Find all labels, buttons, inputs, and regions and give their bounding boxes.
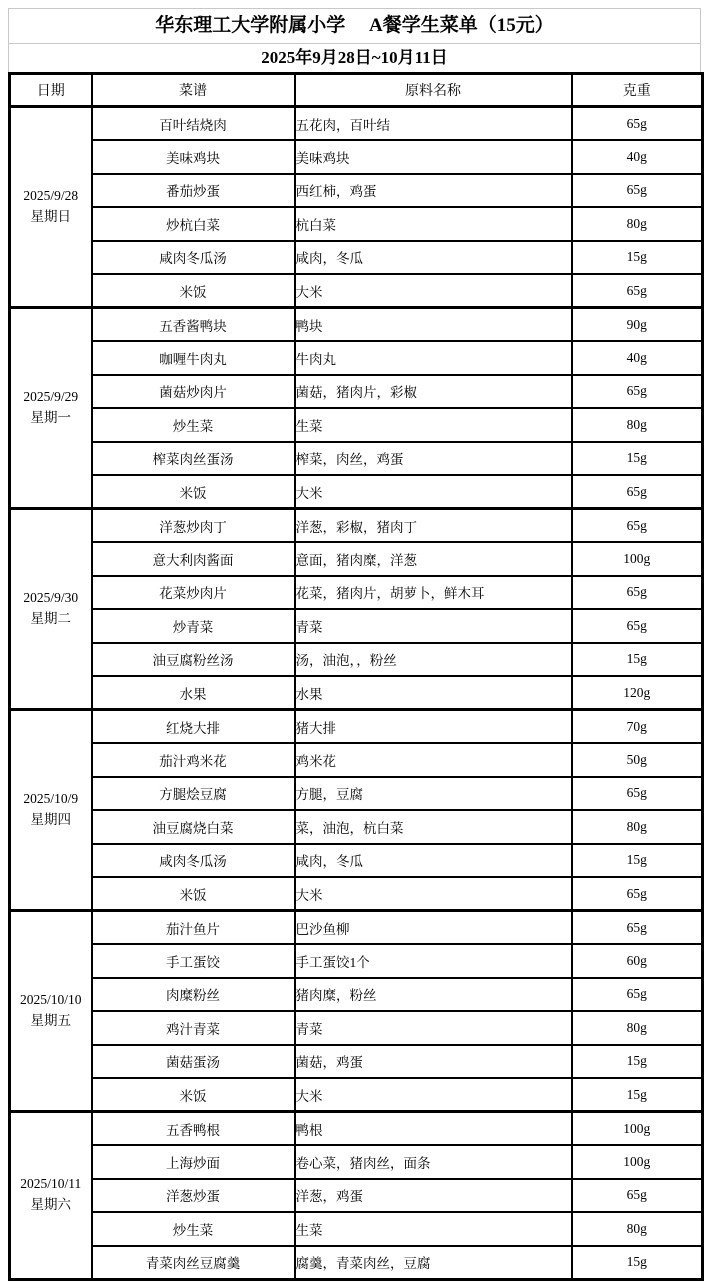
- ingredients-cell: 菜，油泡，杭白菜: [295, 810, 572, 844]
- weight-cell: 65g: [572, 978, 703, 1012]
- day-date: 2025/10/10: [11, 990, 91, 1011]
- date-range: 2025年9月28日~10月11日: [9, 44, 700, 72]
- day-date-cell: 2025/10/11星期六: [10, 1112, 92, 1280]
- menu-row: 肉糜粉丝猪肉糜，粉丝65g: [10, 978, 703, 1012]
- weight-cell: 80g: [572, 810, 703, 844]
- dish-cell: 五香酱鸭块: [92, 308, 295, 342]
- day-weekday: 星期六: [11, 1195, 91, 1216]
- ingredients-cell: 鸭根: [295, 1112, 572, 1146]
- weight-cell: 80g: [572, 207, 703, 241]
- weight-cell: 15g: [572, 241, 703, 275]
- weight-cell: 65g: [572, 174, 703, 208]
- dish-cell: 洋葱炒蛋: [92, 1179, 295, 1213]
- day-date-cell: 2025/9/30星期二: [10, 509, 92, 710]
- day-date-cell: 2025/10/10星期五: [10, 911, 92, 1112]
- weight-cell: 80g: [572, 1011, 703, 1045]
- ingredients-cell: 菌菇，猪肉片，彩椒: [295, 375, 572, 409]
- ingredients-cell: 菌菇，鸡蛋: [295, 1045, 572, 1079]
- day-weekday: 星期一: [11, 408, 91, 429]
- dish-cell: 咸肉冬瓜汤: [92, 241, 295, 275]
- weight-cell: 65g: [572, 877, 703, 911]
- weight-cell: 60g: [572, 944, 703, 978]
- weight-cell: 15g: [572, 1246, 703, 1280]
- menu-row: 花菜炒肉片花菜，猪肉片，胡萝卜，鲜木耳65g: [10, 576, 703, 610]
- menu-row: 咸肉冬瓜汤咸肉，冬瓜15g: [10, 844, 703, 878]
- day-date: 2025/9/29: [11, 387, 91, 408]
- ingredients-cell: 大米: [295, 274, 572, 308]
- day-weekday: 星期二: [11, 609, 91, 630]
- weight-cell: 80g: [572, 408, 703, 442]
- ingredients-cell: 意面，猪肉糜，洋葱: [295, 542, 572, 576]
- dish-cell: 番茄炒蛋: [92, 174, 295, 208]
- menu-table: 日期 菜谱 原料名称 克重 2025/9/28星期日百叶结烧肉五花肉，百叶结65…: [8, 72, 704, 1281]
- ingredients-cell: 生菜: [295, 408, 572, 442]
- weight-cell: 15g: [572, 442, 703, 476]
- dish-cell: 菌菇蛋汤: [92, 1045, 295, 1079]
- dish-cell: 方腿烩豆腐: [92, 777, 295, 811]
- ingredients-cell: 青菜: [295, 609, 572, 643]
- dish-cell: 肉糜粉丝: [92, 978, 295, 1012]
- day-weekday: 星期五: [11, 1011, 91, 1032]
- dish-cell: 米饭: [92, 274, 295, 308]
- dish-cell: 米饭: [92, 877, 295, 911]
- menu-row: 2025/9/28星期日百叶结烧肉五花肉，百叶结65g: [10, 107, 703, 141]
- column-header-ingredients: 原料名称: [295, 74, 572, 107]
- dish-cell: 五香鸭根: [92, 1112, 295, 1146]
- weight-cell: 15g: [572, 643, 703, 677]
- weight-cell: 65g: [572, 576, 703, 610]
- weight-cell: 100g: [572, 1145, 703, 1179]
- menu-row: 水果水果120g: [10, 676, 703, 710]
- ingredients-cell: 腐羹，青菜肉丝，豆腐: [295, 1246, 572, 1280]
- menu-table-header: 日期 菜谱 原料名称 克重: [10, 74, 703, 107]
- column-header-dish: 菜谱: [92, 74, 295, 107]
- dish-cell: 青菜肉丝豆腐羹: [92, 1246, 295, 1280]
- menu-row: 炒生菜生菜80g: [10, 1212, 703, 1246]
- ingredients-cell: 卷心菜，猪肉丝，面条: [295, 1145, 572, 1179]
- weight-cell: 15g: [572, 844, 703, 878]
- header-row: 日期 菜谱 原料名称 克重: [10, 74, 703, 107]
- dish-cell: 咖喱牛肉丸: [92, 341, 295, 375]
- menu-row: 2025/10/9星期四红烧大排猪大排70g: [10, 710, 703, 744]
- dish-cell: 炒杭白菜: [92, 207, 295, 241]
- ingredients-cell: 方腿，豆腐: [295, 777, 572, 811]
- menu-row: 洋葱炒蛋洋葱，鸡蛋65g: [10, 1179, 703, 1213]
- menu-row: 手工蛋饺手工蛋饺1个60g: [10, 944, 703, 978]
- day-date: 2025/10/9: [11, 789, 91, 810]
- weight-cell: 65g: [572, 777, 703, 811]
- menu-row: 炒青菜青菜65g: [10, 609, 703, 643]
- day-weekday: 星期四: [11, 810, 91, 831]
- ingredients-cell: 大米: [295, 475, 572, 509]
- day-date-cell: 2025/9/28星期日: [10, 107, 92, 308]
- ingredients-cell: 手工蛋饺1个: [295, 944, 572, 978]
- weight-cell: 65g: [572, 609, 703, 643]
- ingredients-cell: 榨菜，肉丝，鸡蛋: [295, 442, 572, 476]
- dish-cell: 米饭: [92, 1078, 295, 1112]
- weight-cell: 65g: [572, 911, 703, 945]
- ingredients-cell: 生菜: [295, 1212, 572, 1246]
- weight-cell: 65g: [572, 1179, 703, 1213]
- dish-cell: 菌菇炒肉片: [92, 375, 295, 409]
- ingredients-cell: 五花肉，百叶结: [295, 107, 572, 141]
- dish-cell: 茄汁鱼片: [92, 911, 295, 945]
- menu-row: 榨菜肉丝蛋汤榨菜，肉丝，鸡蛋15g: [10, 442, 703, 476]
- dish-cell: 炒青菜: [92, 609, 295, 643]
- dish-cell: 花菜炒肉片: [92, 576, 295, 610]
- weight-cell: 15g: [572, 1045, 703, 1079]
- day-date-cell: 2025/10/9星期四: [10, 710, 92, 911]
- menu-row: 茄汁鸡米花鸡米花50g: [10, 743, 703, 777]
- weight-cell: 65g: [572, 107, 703, 141]
- menu-row: 方腿烩豆腐方腿，豆腐65g: [10, 777, 703, 811]
- menu-row: 青菜肉丝豆腐羹腐羹，青菜肉丝，豆腐15g: [10, 1246, 703, 1280]
- ingredients-cell: 巴沙鱼柳: [295, 911, 572, 945]
- column-header-weight: 克重: [572, 74, 703, 107]
- dish-cell: 洋葱炒肉丁: [92, 509, 295, 543]
- ingredients-cell: 猪大排: [295, 710, 572, 744]
- weight-cell: 15g: [572, 1078, 703, 1112]
- weight-cell: 80g: [572, 1212, 703, 1246]
- dish-cell: 上海炒面: [92, 1145, 295, 1179]
- menu-row: 米饭大米15g: [10, 1078, 703, 1112]
- title-block: 华东理工大学附属小学 A餐学生菜单（15元） 2025年9月28日~10月11日: [8, 8, 701, 72]
- ingredients-cell: 牛肉丸: [295, 341, 572, 375]
- menu-row: 2025/9/30星期二洋葱炒肉丁洋葱，彩椒，猪肉丁65g: [10, 509, 703, 543]
- ingredients-cell: 西红柿，鸡蛋: [295, 174, 572, 208]
- weight-cell: 65g: [572, 375, 703, 409]
- ingredients-cell: 洋葱，鸡蛋: [295, 1179, 572, 1213]
- ingredients-cell: 水果: [295, 676, 572, 710]
- menu-row: 2025/10/11星期六五香鸭根鸭根100g: [10, 1112, 703, 1146]
- ingredients-cell: 美味鸡块: [295, 140, 572, 174]
- menu-row: 2025/10/10星期五茄汁鱼片巴沙鱼柳65g: [10, 911, 703, 945]
- ingredients-cell: 鸡米花: [295, 743, 572, 777]
- dish-cell: 红烧大排: [92, 710, 295, 744]
- day-date: 2025/10/11: [11, 1174, 91, 1195]
- weight-cell: 100g: [572, 1112, 703, 1146]
- menu-row: 咸肉冬瓜汤咸肉，冬瓜15g: [10, 241, 703, 275]
- dish-cell: 百叶结烧肉: [92, 107, 295, 141]
- ingredients-cell: 猪肉糜，粉丝: [295, 978, 572, 1012]
- ingredients-cell: 花菜，猪肉片，胡萝卜，鲜木耳: [295, 576, 572, 610]
- ingredients-cell: 杭白菜: [295, 207, 572, 241]
- weight-cell: 40g: [572, 140, 703, 174]
- ingredients-cell: 汤，油泡，，粉丝: [295, 643, 572, 677]
- menu-row: 上海炒面卷心菜，猪肉丝，面条100g: [10, 1145, 703, 1179]
- dish-cell: 意大利肉酱面: [92, 542, 295, 576]
- menu-row: 菌菇炒肉片菌菇，猪肉片，彩椒65g: [10, 375, 703, 409]
- menu-row: 米饭大米65g: [10, 877, 703, 911]
- weight-cell: 65g: [572, 274, 703, 308]
- day-weekday: 星期日: [11, 207, 91, 228]
- dish-cell: 鸡汁青菜: [92, 1011, 295, 1045]
- column-header-date: 日期: [10, 74, 92, 107]
- weight-cell: 65g: [572, 509, 703, 543]
- dish-cell: 手工蛋饺: [92, 944, 295, 978]
- menu-row: 鸡汁青菜青菜80g: [10, 1011, 703, 1045]
- dish-cell: 油豆腐粉丝汤: [92, 643, 295, 677]
- ingredients-cell: 咸肉，冬瓜: [295, 241, 572, 275]
- day-date: 2025/9/30: [11, 588, 91, 609]
- dish-cell: 水果: [92, 676, 295, 710]
- ingredients-cell: 咸肉，冬瓜: [295, 844, 572, 878]
- dish-cell: 米饭: [92, 475, 295, 509]
- menu-row: 咖喱牛肉丸牛肉丸40g: [10, 341, 703, 375]
- menu-row: 2025/9/29星期一五香酱鸭块鸭块90g: [10, 308, 703, 342]
- menu-table-body: 2025/9/28星期日百叶结烧肉五花肉，百叶结65g美味鸡块美味鸡块40g番茄…: [10, 107, 703, 1280]
- day-date-cell: 2025/9/29星期一: [10, 308, 92, 509]
- menu-row: 番茄炒蛋西红柿，鸡蛋65g: [10, 174, 703, 208]
- weight-cell: 40g: [572, 341, 703, 375]
- menu-sheet: 华东理工大学附属小学 A餐学生菜单（15元） 2025年9月28日~10月11日…: [8, 8, 701, 1281]
- weight-cell: 100g: [572, 542, 703, 576]
- day-date: 2025/9/28: [11, 186, 91, 207]
- weight-cell: 50g: [572, 743, 703, 777]
- weight-cell: 70g: [572, 710, 703, 744]
- dish-cell: 炒生菜: [92, 1212, 295, 1246]
- menu-row: 炒杭白菜杭白菜80g: [10, 207, 703, 241]
- ingredients-cell: 洋葱，彩椒，猪肉丁: [295, 509, 572, 543]
- page-title: 华东理工大学附属小学 A餐学生菜单（15元）: [9, 9, 700, 44]
- ingredients-cell: 大米: [295, 1078, 572, 1112]
- menu-row: 美味鸡块美味鸡块40g: [10, 140, 703, 174]
- dish-cell: 油豆腐烧白菜: [92, 810, 295, 844]
- dish-cell: 榨菜肉丝蛋汤: [92, 442, 295, 476]
- weight-cell: 120g: [572, 676, 703, 710]
- weight-cell: 90g: [572, 308, 703, 342]
- ingredients-cell: 鸭块: [295, 308, 572, 342]
- menu-row: 油豆腐烧白菜菜，油泡，杭白菜80g: [10, 810, 703, 844]
- ingredients-cell: 青菜: [295, 1011, 572, 1045]
- menu-row: 油豆腐粉丝汤汤，油泡，，粉丝15g: [10, 643, 703, 677]
- menu-row: 意大利肉酱面意面，猪肉糜，洋葱100g: [10, 542, 703, 576]
- menu-row: 炒生菜生菜80g: [10, 408, 703, 442]
- menu-row: 米饭大米65g: [10, 274, 703, 308]
- dish-cell: 咸肉冬瓜汤: [92, 844, 295, 878]
- dish-cell: 茄汁鸡米花: [92, 743, 295, 777]
- menu-row: 米饭大米65g: [10, 475, 703, 509]
- dish-cell: 美味鸡块: [92, 140, 295, 174]
- menu-row: 菌菇蛋汤菌菇，鸡蛋15g: [10, 1045, 703, 1079]
- dish-cell: 炒生菜: [92, 408, 295, 442]
- ingredients-cell: 大米: [295, 877, 572, 911]
- weight-cell: 65g: [572, 475, 703, 509]
